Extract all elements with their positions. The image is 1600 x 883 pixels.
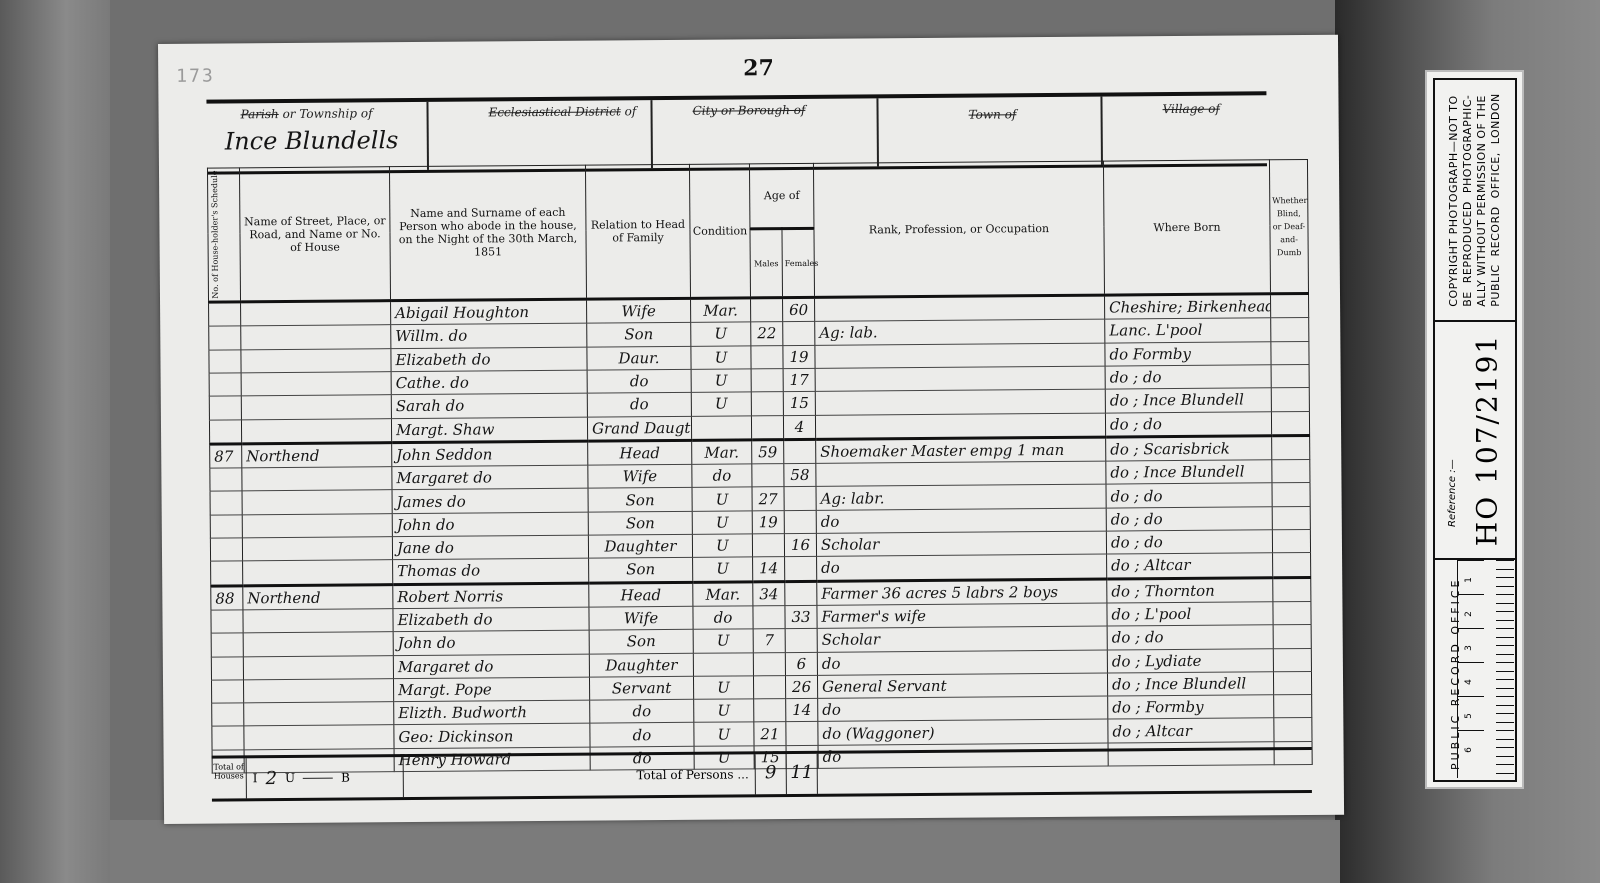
cell-female-age: 6: [785, 652, 817, 676]
ruler-tick: [1496, 577, 1514, 578]
cell-female-age: 4: [783, 415, 815, 440]
cell-occupation: [815, 389, 1105, 415]
cell-occupation: do: [817, 650, 1107, 676]
cell-blind: [1272, 483, 1310, 507]
cell-schedule: 88: [211, 585, 243, 610]
col-males: Males: [750, 229, 783, 298]
ruler-tick: [1496, 645, 1514, 646]
cell-where-born: do ; Altcar: [1107, 553, 1273, 579]
cell-occupation: do: [816, 508, 1106, 534]
ruler-tick: [1496, 747, 1514, 748]
cell-street: [243, 609, 393, 633]
cell-street: Northend: [242, 443, 392, 468]
cell-where-born: do ; do: [1107, 625, 1273, 650]
total-females: 11: [787, 754, 818, 794]
cell-where-born: do ; Ince Blundell: [1107, 672, 1273, 697]
cell-schedule: [209, 302, 241, 327]
reference-value: HO 107/2191: [1471, 334, 1504, 546]
cell-where-born: Cheshire; Birkenhead: [1105, 294, 1271, 320]
cell-relation: Wife: [588, 464, 692, 488]
building-label: B: [341, 771, 350, 785]
cell-where-born: do ; Lydiate: [1107, 648, 1273, 673]
cell-relation: do: [590, 699, 694, 723]
cell-name: Thomas do: [393, 558, 589, 584]
ruler-tick: [1496, 730, 1514, 731]
cell-male-age: 14: [753, 557, 785, 582]
cell-where-born: do ; do: [1106, 506, 1272, 531]
cell-where-born: do ; Ince Blundell: [1105, 388, 1271, 413]
cell-condition: U: [694, 722, 754, 746]
cell-male-age: 34: [753, 581, 785, 606]
copyright-notice: COPYRIGHT PHOTOGRAPH—NOT TO BE REPRODUCE…: [1435, 80, 1515, 322]
cell-relation: do: [587, 393, 691, 417]
cell-street: [243, 678, 393, 702]
ruler-tick: [1496, 637, 1514, 638]
cell-relation: Wife: [589, 606, 693, 630]
cell-condition: [693, 652, 753, 676]
cell-female-age: 26: [785, 675, 817, 699]
cell-condition: U: [692, 487, 752, 511]
cell-female-age: 14: [786, 698, 818, 722]
ruler-tick: [1496, 722, 1514, 723]
cell-relation: Wife: [587, 298, 691, 323]
cell-female-age: [784, 487, 816, 511]
cell-blind: [1273, 648, 1311, 672]
ruler-cm-mark: 6: [1458, 730, 1484, 765]
cell-male-age: [753, 675, 785, 699]
cell-female-age: 58: [784, 463, 816, 487]
cell-street: [243, 560, 393, 585]
totals-blank: [818, 750, 1312, 794]
ruler-cm-mark: 4: [1458, 662, 1484, 697]
ruler-tick: [1496, 569, 1514, 570]
cell-condition: do: [692, 464, 752, 488]
cell-street: [243, 655, 393, 679]
cell-street: [241, 301, 391, 326]
cell-street: [243, 632, 393, 656]
ruler-tick: [1496, 764, 1514, 765]
cell-female-age: [785, 629, 817, 653]
cell-schedule: [210, 491, 242, 515]
cell-where-born: do ; do: [1106, 530, 1272, 555]
census-page: 173 27 Parish or Township of Ince Blunde…: [158, 35, 1344, 824]
cell-male-age: [752, 464, 784, 488]
cell-occupation: [815, 295, 1105, 322]
cell-male-age: [751, 345, 783, 369]
totals-row: Total of Houses I 2 U B Total of Persons…: [212, 747, 1312, 802]
cell-street: [242, 490, 392, 514]
cell-schedule: 87: [210, 444, 242, 469]
cell-female-age: 60: [783, 297, 815, 322]
cell-blind: [1270, 294, 1308, 319]
total-males: 9: [756, 754, 787, 794]
col-name: Name and Surname of each Person who abod…: [389, 165, 586, 301]
cell-condition: U: [693, 557, 753, 582]
cell-relation: Son: [588, 488, 692, 512]
cell-occupation: do (Waggoner): [818, 719, 1108, 745]
ruler-tick: [1496, 756, 1514, 757]
cell-street: [241, 348, 391, 372]
cell-schedule: [211, 680, 243, 704]
cell-schedule: [211, 610, 243, 634]
cell-relation: Son: [589, 558, 693, 583]
cell-occupation: Ag: lab.: [815, 319, 1105, 345]
ruler-cm-mark: 3: [1458, 628, 1484, 663]
ecclesiastical-label: of: [625, 104, 637, 118]
ruler-cm-mark: 1: [1458, 560, 1484, 595]
cell-blind: [1273, 671, 1311, 695]
cell-occupation: Scholar: [817, 626, 1107, 652]
cell-name: Jane do: [392, 535, 588, 560]
cell-male-age: 7: [753, 629, 785, 653]
cell-blind: [1272, 460, 1310, 484]
cell-male-age: [753, 652, 785, 676]
cell-name: John do: [393, 630, 589, 655]
ruler-tick: [1496, 688, 1514, 689]
cell-name: Elizth. Budworth: [394, 700, 590, 725]
cell-name: Margt. Shaw: [391, 417, 587, 443]
ruler-tick: [1496, 773, 1514, 774]
cell-street: Northend: [243, 584, 393, 609]
cell-schedule: [209, 396, 241, 420]
cell-occupation: Shoemaker Master empg 1 man: [816, 437, 1106, 464]
cell-occupation: General Servant: [817, 673, 1107, 699]
cell-where-born: do ; Ince Blundell: [1106, 460, 1272, 485]
cell-male-age: [754, 699, 786, 723]
cell-relation: Daughter: [588, 534, 692, 558]
cell-female-age: 16: [784, 533, 816, 557]
cell-where-born: do ; do: [1106, 483, 1272, 508]
cell-relation: Head: [589, 582, 693, 607]
cell-relation: Daughter: [589, 653, 693, 677]
cell-male-age: 21: [754, 722, 786, 746]
cell-schedule: [211, 633, 243, 657]
town-label-struck: Town of: [878, 97, 1100, 123]
cell-occupation: Farmer 36 acres 5 labrs 2 boys: [817, 579, 1107, 606]
cell-where-born: do ; Thornton: [1107, 577, 1273, 603]
cell-occupation: Scholar: [816, 531, 1106, 557]
parish-value: Ince Blundells: [225, 126, 399, 155]
ruler-tick: [1496, 586, 1514, 587]
cell-where-born: do ; Formby: [1108, 695, 1274, 720]
cell-occupation: [815, 343, 1105, 369]
cell-schedule: [211, 656, 243, 680]
cell-schedule: [212, 703, 244, 727]
cell-relation: Head: [588, 440, 692, 465]
cell-blind: [1272, 506, 1310, 530]
parish-label-struck: Parish: [241, 107, 279, 121]
cell-male-age: [751, 298, 783, 323]
ruler-tick: [1496, 713, 1514, 714]
ruler-tick: [1496, 620, 1514, 621]
cell-occupation: do: [818, 696, 1108, 722]
cell-female-age: 17: [783, 368, 815, 392]
ruler-scale: 123456: [1457, 560, 1514, 778]
cell-schedule: [209, 326, 241, 350]
cell-name: Abigail Houghton: [391, 299, 587, 325]
cell-blind: [1272, 529, 1310, 553]
inhabited-value: 2: [265, 768, 277, 789]
col-occupation: Rank, Profession, or Occupation: [813, 161, 1104, 297]
cell-schedule: [210, 538, 242, 562]
cell-condition: Mar.: [693, 581, 753, 606]
cell-male-age: [751, 369, 783, 393]
scanner-bed-bottom: [110, 820, 1340, 883]
cell-blind: [1271, 388, 1309, 412]
city-label-struck: City or Borough of: [652, 98, 876, 118]
cell-street: [242, 537, 392, 561]
cell-schedule: [209, 373, 241, 397]
cell-blind: [1272, 435, 1310, 460]
cell-where-born: do ; L'pool: [1107, 602, 1273, 627]
cell-blind: [1271, 318, 1309, 342]
cell-female-age: [785, 557, 817, 582]
cell-relation: Son: [589, 630, 693, 654]
col-condition: Condition: [689, 164, 750, 299]
cell-relation: Son: [587, 323, 691, 347]
cell-street: [244, 702, 394, 726]
ruler-tick: [1496, 560, 1514, 561]
cell-street: [242, 513, 392, 537]
ruler-tick: [1496, 603, 1514, 604]
cell-relation: do: [590, 723, 694, 747]
cell-name: Cathe. do: [391, 370, 587, 395]
uninhabited-label: U: [285, 771, 295, 785]
cell-female-age: 33: [785, 605, 817, 629]
col-street: Name of Street, Place, or Road, and Name…: [239, 167, 390, 302]
cell-female-age: [783, 322, 815, 346]
ecclesiastical-label-struck: Ecclesiastical District: [488, 104, 620, 119]
cell-male-age: 19: [752, 510, 784, 534]
col-relation: Relation to Head of Family: [585, 164, 690, 299]
village-cell: Village of: [1102, 95, 1267, 164]
cell-condition: U: [692, 534, 752, 558]
cell-condition: U: [691, 392, 751, 416]
cell-condition: Mar.: [692, 440, 752, 465]
cell-blind: [1273, 553, 1311, 578]
cell-female-age: [785, 581, 817, 606]
parish-label: or Township of: [282, 106, 372, 121]
ruler-tick: [1496, 654, 1514, 655]
cell-schedule: [210, 468, 242, 492]
archive-reference-label: COPYRIGHT PHOTOGRAPH—NOT TO BE REPRODUCE…: [1425, 70, 1524, 789]
cell-female-age: 19: [783, 345, 815, 369]
cell-street: [241, 325, 391, 349]
cell-occupation: do: [817, 554, 1107, 581]
cell-name: James do: [392, 489, 588, 514]
cell-where-born: do ; do: [1105, 365, 1271, 390]
cell-female-age: [786, 722, 818, 746]
cell-name: John Seddon: [392, 441, 588, 467]
cell-occupation: [816, 461, 1106, 487]
ruler-tick: [1496, 739, 1514, 740]
cell-condition: U: [691, 369, 751, 393]
cell-occupation: Farmer's wife: [817, 603, 1107, 629]
cell-condition: U: [693, 676, 753, 700]
cell-condition: [691, 415, 751, 440]
village-label-struck: Village of: [1102, 95, 1266, 116]
ruler-tick: [1496, 662, 1514, 663]
total-houses-label: Total of Houses: [212, 758, 247, 798]
cell-name: Margaret do: [393, 654, 589, 679]
cell-condition: U: [694, 699, 754, 723]
scanner-bed-left: [0, 0, 110, 883]
cell-street: [241, 418, 391, 443]
cell-relation: Son: [588, 511, 692, 535]
cell-relation: Grand Daugtr: [587, 416, 691, 441]
col-where-born: Where Born: [1103, 160, 1270, 295]
cell-street: [242, 467, 392, 491]
ruler-tick: [1496, 594, 1514, 595]
cell-male-age: [753, 605, 785, 629]
cell-name: Willm. do: [391, 323, 587, 348]
cell-where-born: do Formby: [1105, 341, 1271, 366]
col-schedule-no: No. of House-holder's Schedule: [207, 168, 240, 302]
reference-label: Reference :—: [1447, 459, 1458, 527]
ruler-tick: [1496, 705, 1514, 706]
cell-blind: [1273, 577, 1311, 602]
cell-condition: Mar.: [691, 298, 751, 323]
cell-blind: [1271, 411, 1309, 436]
cell-where-born: do ; Scarisbrick: [1106, 436, 1272, 462]
cell-name: Elizabeth do: [391, 347, 587, 372]
total-houses: I 2 U B: [247, 757, 404, 798]
cell-where-born: do ; Altcar: [1108, 718, 1274, 743]
ruler-tick: [1496, 628, 1514, 629]
cell-male-age: [752, 534, 784, 558]
cell-female-age: 15: [783, 392, 815, 416]
cell-blind: [1273, 625, 1311, 649]
cell-name: Elizabeth do: [393, 607, 589, 632]
cell-condition: U: [692, 511, 752, 535]
cell-street: [241, 395, 391, 419]
cell-male-age: 27: [752, 487, 784, 511]
cell-condition: U: [691, 322, 751, 346]
cell-name: Margt. Pope: [393, 677, 589, 702]
cell-condition: U: [693, 629, 753, 653]
cell-blind: [1273, 601, 1311, 625]
census-table: No. of House-holder's Schedule Name of S…: [207, 159, 1313, 774]
town-cell: Town of: [878, 97, 1103, 167]
col-blind: Whether Blind, or Deaf-and-Dumb: [1269, 159, 1308, 293]
cell-male-age: 59: [752, 439, 784, 464]
cell-male-age: [751, 392, 783, 416]
cell-schedule: [209, 419, 241, 444]
cell-name: Margaret do: [392, 465, 588, 490]
cell-male-age: 22: [751, 322, 783, 346]
total-persons-label: Total of Persons ...: [404, 754, 756, 797]
cell-relation: do: [587, 369, 691, 393]
cell-schedule: [210, 515, 242, 539]
table-header-row: No. of House-holder's Schedule Name of S…: [207, 159, 1307, 233]
pencil-folio-number: 173: [176, 66, 215, 87]
cell-condition: U: [691, 345, 751, 369]
cell-name: Geo: Dickinson: [394, 724, 590, 749]
city-cell: City or Borough of: [652, 98, 879, 168]
census-body: Abigail HoughtonWifeMar.60Cheshire; Birk…: [209, 294, 1313, 774]
col-age-of: Age of: [749, 163, 814, 229]
cell-female-age: [784, 439, 816, 464]
cell-name: John do: [392, 512, 588, 537]
cell-schedule: [212, 726, 244, 750]
cell-relation: Daur.: [587, 346, 691, 370]
cell-female-age: [784, 510, 816, 534]
cell-street: [241, 372, 391, 396]
page-number: 27: [743, 55, 774, 81]
cell-blind: [1271, 341, 1309, 365]
col-females: Females: [782, 229, 815, 298]
cell-relation: Servant: [589, 676, 693, 700]
cell-blind: [1271, 364, 1309, 388]
inhabited-label: I: [253, 771, 258, 785]
ruler-tick: [1496, 671, 1514, 672]
cell-schedule: [209, 349, 241, 373]
cell-occupation: [815, 366, 1105, 392]
cell-name: Robert Norris: [393, 583, 589, 609]
ruler-cm-mark: 2: [1458, 594, 1484, 629]
cell-male-age: [751, 415, 783, 440]
ruler-cm-mark: 5: [1458, 696, 1484, 731]
parish-cell: Parish or Township of Ince Blundells: [206, 102, 429, 172]
cell-occupation: [815, 413, 1105, 440]
cell-schedule: [211, 561, 243, 586]
cell-street: [244, 725, 394, 749]
cell-blind: [1274, 695, 1312, 719]
cell-name: Sarah do: [391, 393, 587, 418]
ecclesiastical-cell: Ecclesiastical District of: [428, 100, 653, 170]
cell-condition: do: [693, 606, 753, 630]
cell-occupation: Ag: labr.: [816, 484, 1106, 510]
office-ruler: PUBLIC RECORD OFFICE 123456: [1435, 560, 1515, 780]
ruler-tick: [1496, 679, 1514, 680]
cell-where-born: do ; do: [1105, 411, 1271, 437]
cell-blind: [1274, 718, 1312, 742]
ruler-tick: [1496, 611, 1514, 612]
reference-box: Reference :— HO 107/2191: [1435, 322, 1515, 560]
ruler-tick: [1496, 696, 1514, 697]
cell-where-born: Lanc. L'pool: [1105, 318, 1271, 343]
